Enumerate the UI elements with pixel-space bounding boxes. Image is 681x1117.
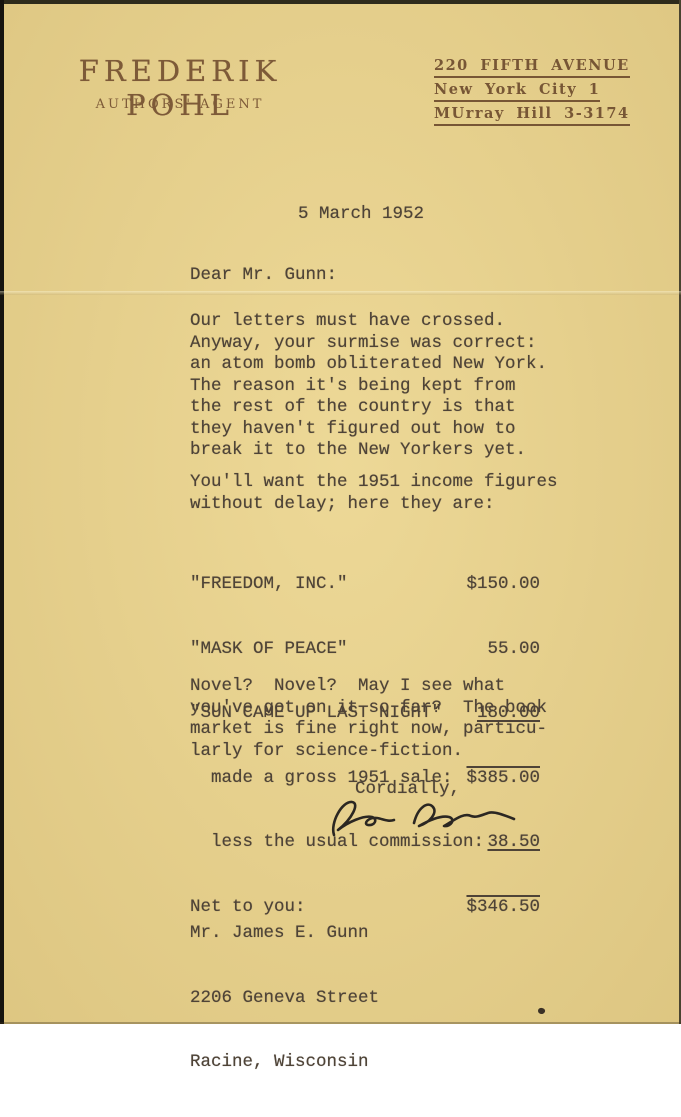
letter-page: FREDERIK POHL AUTHORS' AGENT 220 FIFTH A… (0, 0, 681, 1024)
letterhead-city: New York City 1 (434, 82, 600, 102)
signature-handwriting (322, 793, 522, 854)
income-label: "MASK OF PEACE" (190, 639, 348, 661)
income-row-freedom-inc: "FREEDOM, INC."$150.00 (190, 574, 540, 596)
income-value: 55.00 (348, 639, 540, 661)
letterhead-contact-block: 220 FIFTH AVENUE New York City 1 MUrray … (434, 58, 630, 130)
letterhead-street: 220 FIFTH AVENUE (434, 58, 630, 78)
income-label: "FREEDOM, INC." (190, 574, 348, 596)
income-value: $385.00 (453, 768, 540, 790)
signature-scrawl-icon (322, 793, 522, 849)
paragraph-novel-inquiry: Novel? Novel? May I see what you've got … (190, 676, 547, 762)
scan-edge-left (0, 0, 4, 1024)
paragraph-letters-crossed: Our letters must have crossed. Anyway, y… (190, 311, 547, 462)
recipient-address-block: Mr. James E. Gunn 2206 Geneva Street Rac… (190, 880, 379, 1024)
date-line: 5 March 1952 (298, 204, 424, 226)
income-row-mask-of-peace: "MASK OF PEACE"55.00 (190, 639, 540, 661)
recipient-name: Mr. James E. Gunn (190, 923, 379, 945)
paper-fold-crease (0, 291, 681, 295)
income-value: $150.00 (348, 574, 540, 596)
salutation: Dear Mr. Gunn: (190, 265, 337, 287)
scan-edge-top (0, 0, 681, 4)
letterhead-subtitle: AUTHORS' AGENT (30, 97, 330, 112)
ink-speck (537, 1007, 546, 1015)
recipient-street: 2206 Geneva Street (190, 988, 379, 1010)
letterhead-phone: MUrray Hill 3-3174 (434, 106, 630, 126)
paragraph-income-intro: You'll want the 1951 income figures with… (190, 472, 558, 515)
